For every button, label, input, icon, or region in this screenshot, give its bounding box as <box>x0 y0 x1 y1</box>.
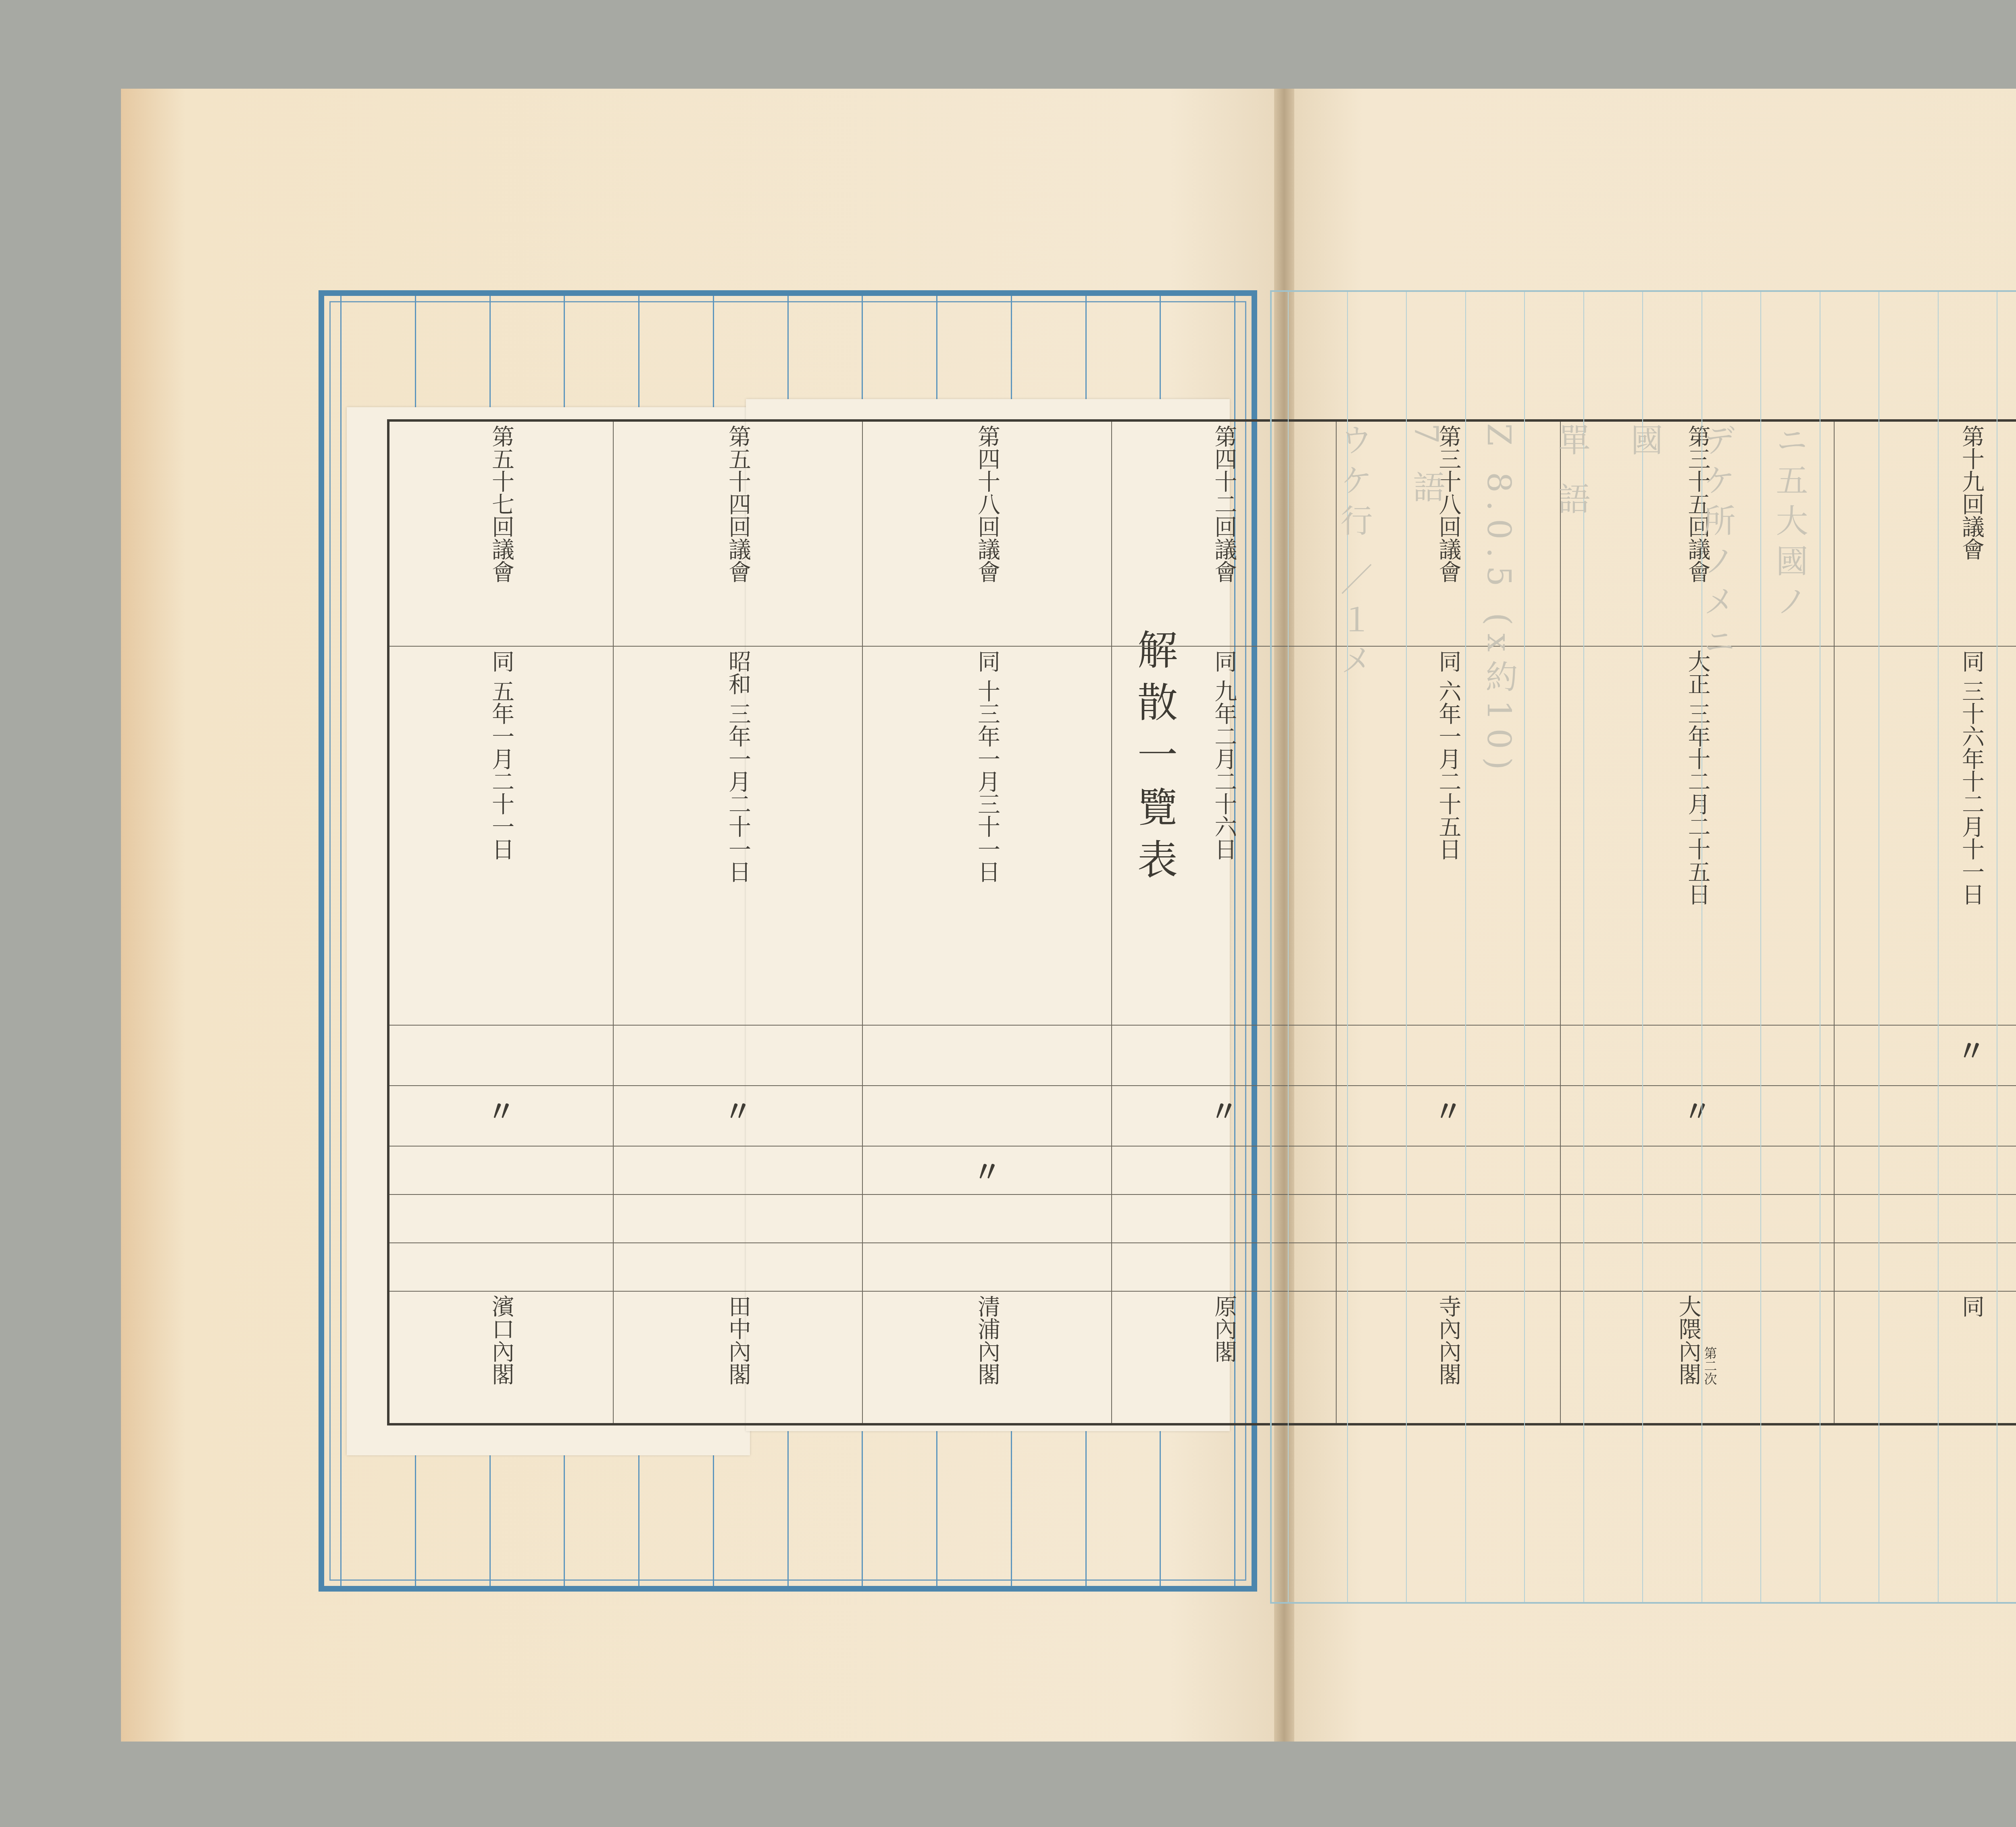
right-ruled-page <box>1270 290 2016 1604</box>
decree-date: 昭和 三年一月二十一日 <box>726 650 751 883</box>
timing-cell <box>613 1025 862 1086</box>
cabinet-cell: 清浦內閣 <box>862 1291 1112 1424</box>
cabinet-name: 清浦內閣 <box>975 1295 1000 1385</box>
timing-cell <box>388 1243 613 1291</box>
date-cell: 同 五年一月二十一日 <box>388 646 613 1025</box>
decree-date: 同 十三年一月三十一日 <box>975 650 1000 883</box>
session-cell: 第四十八回議會 <box>862 420 1112 646</box>
pencil-note: 單 語 <box>1548 423 1595 522</box>
session-name: 第五十七回議會 <box>489 425 514 583</box>
cabinet-cell: 濱口內閣 <box>388 1291 613 1424</box>
pencil-note: ウケ行 ／１メ <box>1331 423 1377 683</box>
cabinet-name: 田中內閣 <box>726 1295 751 1385</box>
decree-date: 同 五年一月二十一日 <box>489 650 514 860</box>
session-name: 第五十四回議會 <box>726 425 751 583</box>
timing-cell <box>388 1146 613 1194</box>
decree-date: 同 九年二月二十六日 <box>1212 650 1237 860</box>
session-name: 第四十八回議會 <box>975 425 1000 583</box>
pencil-note: ニ五大國ノ <box>1766 423 1812 625</box>
cabinet-cell: 田中內閣 <box>613 1291 862 1424</box>
timing-cell <box>388 1025 613 1086</box>
date-cell: 昭和 三年一月二十一日 <box>613 646 862 1025</box>
session-cell: 第五十七回議會 <box>388 420 613 646</box>
timing-cell <box>862 1025 1112 1086</box>
timing-cell <box>613 1146 862 1194</box>
timing-cell: 〃 <box>388 1086 613 1146</box>
timing-cell <box>862 1086 1112 1146</box>
pencil-note: 7 語 <box>1403 423 1450 510</box>
timing-cell <box>862 1194 1112 1243</box>
timing-cell <box>613 1194 862 1243</box>
cabinet-name: 原內閣 <box>1212 1295 1237 1363</box>
timing-cell <box>613 1243 862 1291</box>
pencil-note: デケ所ノメニ <box>1693 423 1740 665</box>
session-cell: 第五十四回議會 <box>613 420 862 646</box>
pencil-note: 國 <box>1621 423 1667 464</box>
timing-cell: 〃 <box>862 1146 1112 1194</box>
timing-cell <box>862 1243 1112 1291</box>
timing-cell <box>388 1194 613 1243</box>
pencil-note: Z 8.0.5 (x約10) <box>1476 423 1522 778</box>
session-name: 第四十二回議會 <box>1212 425 1237 583</box>
timing-cell: 〃 <box>613 1086 862 1146</box>
cabinet-name: 濱口內閣 <box>489 1295 514 1385</box>
date-cell: 同 十三年一月三十一日 <box>862 646 1112 1025</box>
